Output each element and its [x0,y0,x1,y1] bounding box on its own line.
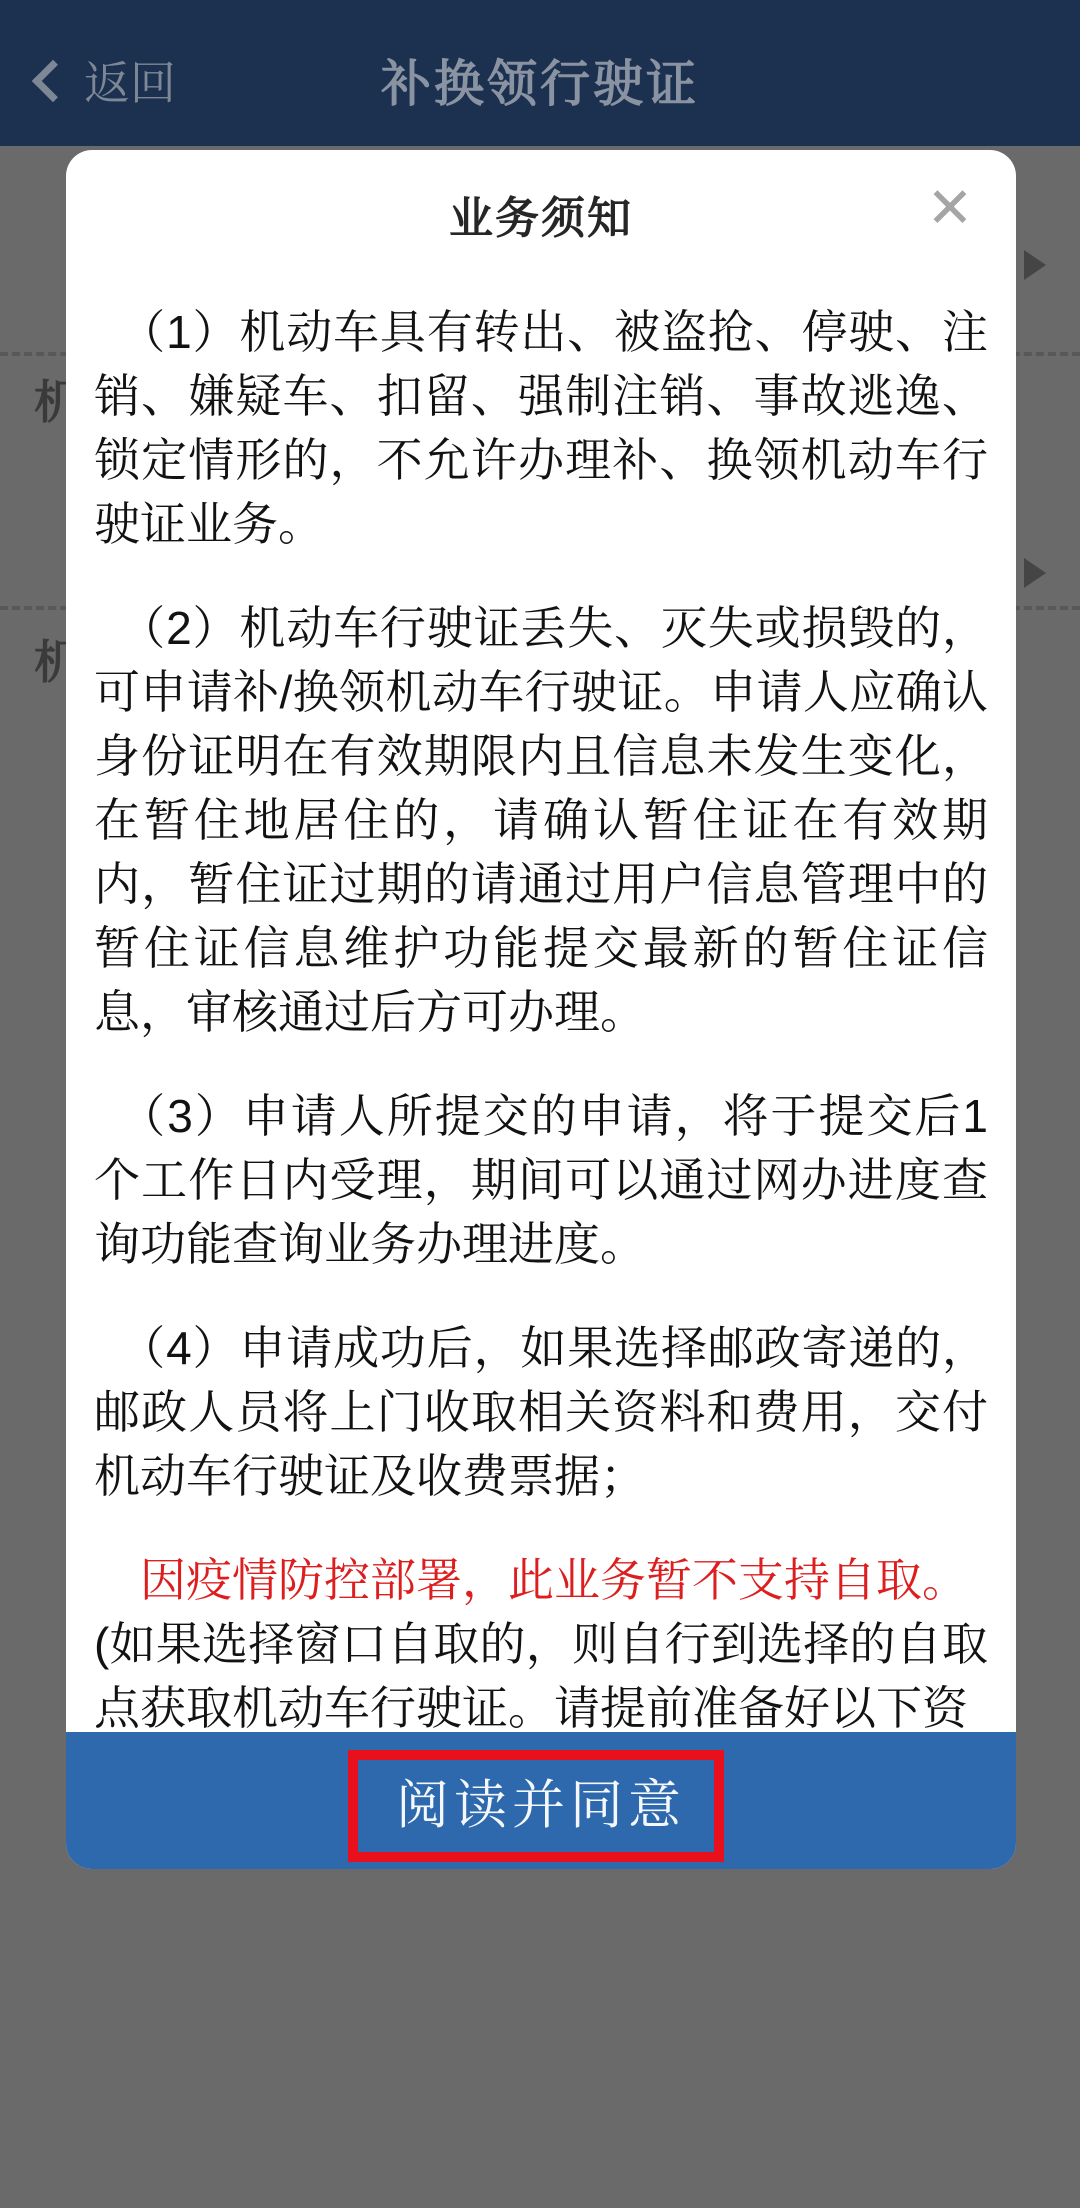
notice-text-body: （1）机动车具有转出、被盗抢、停驶、注销、嫌疑车、扣留、强制注销、事故逃逸、锁定… [66,278,1016,1869]
dialog-title: 业务须知 [449,182,633,246]
agree-button-label: 阅读并同意 [396,1763,686,1839]
back-button-label: 返回 [84,47,176,113]
close-icon: ✕ [927,180,974,236]
page-title: 补换领行驶证 [381,44,699,116]
agree-button[interactable]: 阅读并同意 [66,1732,1016,1869]
back-button[interactable]: 返回 [38,0,176,146]
covid-warning-text: 因疫情防控部署，此业务暂不支持自取。 [94,1548,988,1612]
business-notice-dialog: 业务须知 ✕ （1）机动车具有转出、被盗抢、停驶、注销、嫌疑车、扣留、强制注销、… [66,150,1016,1869]
notice-paragraph: （3）申请人所提交的申请，将于提交后1个工作日内受理，期间可以通过网办进度查询功… [94,1084,988,1276]
notice-paragraph: （1）机动车具有转出、被盗抢、停驶、注销、嫌疑车、扣留、强制注销、事故逃逸、锁定… [94,300,988,556]
close-button[interactable]: ✕ [910,168,990,248]
top-navigation-bar: 返回 补换领行驶证 [0,0,1080,146]
chevron-right-icon [1024,250,1046,280]
chevron-left-icon [32,60,74,102]
notice-paragraph-clipped: (如果选择窗口自取的，则自行到选择的自取点获取机动车行驶证。请提前准备好以下资 [94,1612,988,1740]
notice-paragraph: （4）申请成功后，如果选择邮政寄递的，邮政人员将上门收取相关资料和费用，交付机动… [94,1316,988,1508]
dialog-header: 业务须知 ✕ [66,150,1016,278]
chevron-right-icon [1024,558,1046,588]
notice-paragraph: （2）机动车行驶证丢失、灭失或损毁的，可申请补/换领机动车行驶证。申请人应确认身… [94,596,988,1044]
screen: 返回 补换领行驶证 机 机 业务须知 ✕ （1）机动车具有转出、被盗抢、停驶、注… [0,0,1080,2208]
